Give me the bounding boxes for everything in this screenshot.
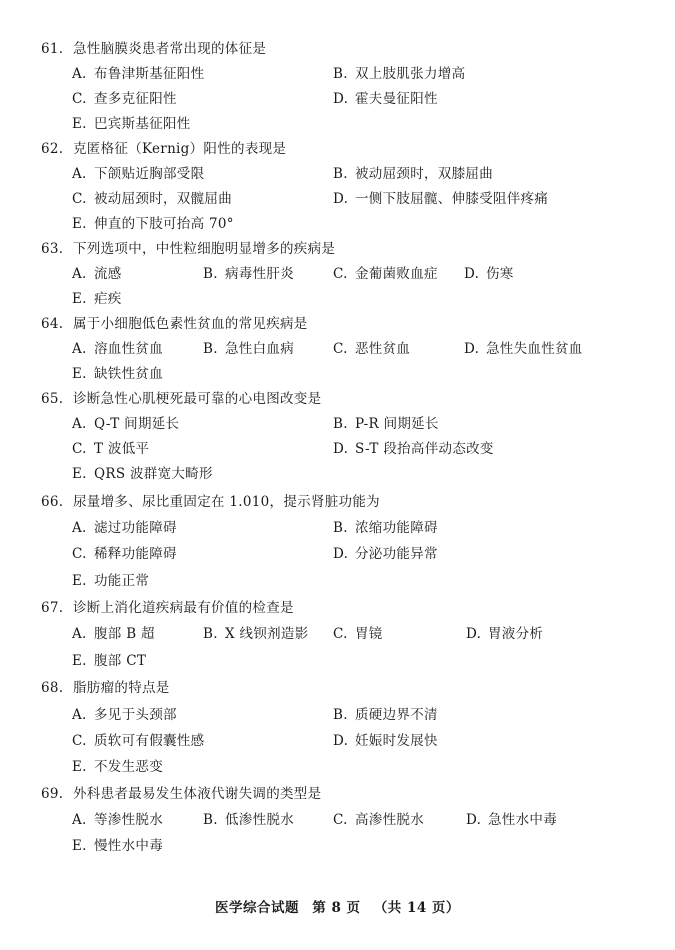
option-text: 滤过功能障碍 xyxy=(94,520,177,536)
option-letter: B. xyxy=(333,520,355,536)
option-letter: E. xyxy=(72,573,94,589)
option-letter: B. xyxy=(333,707,355,723)
option-letter: A. xyxy=(72,416,94,432)
option-text: 胃液分析 xyxy=(488,626,543,642)
option-text: 稀释功能障碍 xyxy=(94,546,177,562)
question-text: 急性脑膜炎患者常出现的体征是 xyxy=(73,41,266,57)
question-64-option-b: B.急性白血病 xyxy=(203,337,294,357)
option-text: 浓缩功能障碍 xyxy=(355,520,438,536)
question-number: 64. xyxy=(41,316,73,332)
option-text: P-R 间期延长 xyxy=(355,416,439,432)
option-text: 腹部 CT xyxy=(94,653,146,669)
question-67-option-a: A.腹部 B 超 xyxy=(72,622,155,642)
question-68-option-d: D.妊娠时发展快 xyxy=(333,729,438,749)
question-61-option-b: B.双上肢肌张力增高 xyxy=(333,62,465,82)
question-65-option-b: B.P-R 间期延长 xyxy=(333,412,439,432)
option-text: 查多克征阳性 xyxy=(94,91,177,107)
option-letter: C. xyxy=(72,733,94,749)
question-69-stem: 69.外科患者最易发生体液代谢失调的类型是 xyxy=(41,782,321,802)
option-text: 病毒性肝炎 xyxy=(225,266,294,282)
question-65-option-c: C.T 波低平 xyxy=(72,437,149,457)
option-text: 霍夫曼征阳性 xyxy=(355,91,438,107)
question-66-option-d: D.分泌功能异常 xyxy=(333,542,438,562)
option-text: 多见于头颈部 xyxy=(94,707,177,723)
question-66-option-b: B.浓缩功能障碍 xyxy=(333,516,438,536)
option-text: 伸直的下肢可抬高 70° xyxy=(94,216,234,232)
question-62-option-a: A.下颌贴近胸部受限 xyxy=(72,162,204,182)
question-64-option-e: E.缺铁性贫血 xyxy=(72,362,163,382)
question-67-stem: 67.诊断上消化道疾病最有价值的检查是 xyxy=(41,596,294,616)
option-letter: D. xyxy=(464,341,486,357)
question-number: 68. xyxy=(41,680,73,696)
question-63-option-d: D.伤寒 xyxy=(464,262,514,282)
option-text: 布鲁津斯基征阳性 xyxy=(94,66,204,82)
option-text: 胃镜 xyxy=(355,626,383,642)
option-letter: A. xyxy=(72,166,94,182)
question-63-stem: 63.下列选项中，中性粒细胞明显增多的疾病是 xyxy=(41,237,335,257)
exam-title: 医学综合试题 xyxy=(215,900,299,916)
option-text: 等渗性脱水 xyxy=(94,812,163,828)
option-letter: B. xyxy=(333,416,355,432)
option-letter: B. xyxy=(203,812,225,828)
option-letter: B. xyxy=(203,626,225,642)
option-letter: B. xyxy=(333,166,355,182)
option-text: 巴宾斯基征阳性 xyxy=(94,116,191,132)
question-65-stem: 65.诊断急性心肌梗死最可靠的心电图改变是 xyxy=(41,387,321,407)
option-letter: E. xyxy=(72,366,94,382)
option-letter: E. xyxy=(72,291,94,307)
option-letter: D. xyxy=(333,191,355,207)
option-letter: E. xyxy=(72,838,94,854)
question-text: 诊断急性心肌梗死最可靠的心电图改变是 xyxy=(73,391,321,407)
question-66-stem: 66.尿量增多、尿比重固定在 1.010，提示肾脏功能为 xyxy=(41,490,380,510)
question-69-option-b: B.低渗性脱水 xyxy=(203,808,294,828)
option-text: 妊娠时发展快 xyxy=(355,733,438,749)
question-69-option-c: C.高渗性脱水 xyxy=(333,808,424,828)
question-62-stem: 62.克匿格征（Kernig）阳性的表现是 xyxy=(41,137,286,157)
question-67-option-e: E.腹部 CT xyxy=(72,649,146,669)
option-text: 质软可有假囊性感 xyxy=(94,733,204,749)
option-letter: C. xyxy=(72,546,94,562)
option-letter: C. xyxy=(333,626,355,642)
option-text: 溶血性贫血 xyxy=(94,341,163,357)
option-letter: E. xyxy=(72,116,94,132)
question-63-option-a: A.流感 xyxy=(72,262,122,282)
option-letter: B. xyxy=(333,66,355,82)
question-number: 62. xyxy=(41,141,73,157)
option-letter: E. xyxy=(72,653,94,669)
question-62-option-d: D.一侧下肢屈髋、伸膝受阻伴疼痛 xyxy=(333,187,548,207)
option-letter: E. xyxy=(72,759,94,775)
question-number: 69. xyxy=(41,786,73,802)
exam-page: 61.急性脑膜炎患者常出现的体征是 A.布鲁津斯基征阳性 B.双上肢肌张力增高 … xyxy=(0,0,675,950)
option-letter: A. xyxy=(72,626,94,642)
option-text: 分泌功能异常 xyxy=(355,546,438,562)
question-65-option-d: D.S-T 段抬高伴动态改变 xyxy=(333,437,494,457)
option-letter: A. xyxy=(72,66,94,82)
question-64-stem: 64.属于小细胞低色素性贫血的常见疾病是 xyxy=(41,312,308,332)
option-letter: A. xyxy=(72,812,94,828)
option-text: QRS 波群宽大畸形 xyxy=(94,466,213,482)
question-68-option-a: A.多见于头颈部 xyxy=(72,703,177,723)
question-66-option-e: E.功能正常 xyxy=(72,569,149,589)
question-68-option-e: E.不发生恶变 xyxy=(72,755,163,775)
question-67-option-c: C.胃镜 xyxy=(333,622,383,642)
question-61-option-e: E.巴宾斯基征阳性 xyxy=(72,112,191,132)
option-letter: A. xyxy=(72,707,94,723)
option-letter: A. xyxy=(72,520,94,536)
option-letter: C. xyxy=(333,266,355,282)
option-letter: D. xyxy=(333,441,355,457)
question-61-option-a: A.布鲁津斯基征阳性 xyxy=(72,62,204,82)
option-text: 一侧下肢屈髋、伸膝受阻伴疼痛 xyxy=(355,191,548,207)
option-letter: A. xyxy=(72,341,94,357)
question-68-option-c: C.质软可有假囊性感 xyxy=(72,729,204,749)
option-text: 金葡菌败血症 xyxy=(355,266,438,282)
option-text: 伤寒 xyxy=(486,266,514,282)
question-number: 63. xyxy=(41,241,73,257)
question-66-option-c: C.稀释功能障碍 xyxy=(72,542,177,562)
question-69-option-d: D.急性水中毒 xyxy=(466,808,557,828)
option-letter: D. xyxy=(333,91,355,107)
option-text: 功能正常 xyxy=(94,573,149,589)
question-69-option-e: E.慢性水中毒 xyxy=(72,834,163,854)
question-65-option-e: E.QRS 波群宽大畸形 xyxy=(72,462,213,482)
option-letter: D. xyxy=(464,266,486,282)
question-63-option-b: B.病毒性肝炎 xyxy=(203,262,294,282)
question-61-option-d: D.霍夫曼征阳性 xyxy=(333,87,438,107)
question-text: 下列选项中，中性粒细胞明显增多的疾病是 xyxy=(73,241,335,257)
option-letter: E. xyxy=(72,216,94,232)
page-total: （共 14 页） xyxy=(374,900,460,916)
option-text: X 线钡剂造影 xyxy=(225,626,309,642)
question-number: 66. xyxy=(41,494,73,510)
question-67-option-b: B.X 线钡剂造影 xyxy=(203,622,309,642)
option-text: 慢性水中毒 xyxy=(94,838,163,854)
question-text: 脂肪瘤的特点是 xyxy=(73,680,170,696)
question-62-option-e: E.伸直的下肢可抬高 70° xyxy=(72,212,234,232)
question-63-option-e: E.疟疾 xyxy=(72,287,122,307)
question-text: 诊断上消化道疾病最有价值的检查是 xyxy=(73,600,294,616)
question-text: 外科患者最易发生体液代谢失调的类型是 xyxy=(73,786,321,802)
question-text: 尿量增多、尿比重固定在 1.010，提示肾脏功能为 xyxy=(73,494,380,510)
option-text: 被动屈颈时，双膝屈曲 xyxy=(355,166,493,182)
question-64-option-d: D.急性失血性贫血 xyxy=(464,337,583,357)
option-text: 急性失血性贫血 xyxy=(486,341,583,357)
option-text: 不发生恶变 xyxy=(94,759,163,775)
question-text: 属于小细胞低色素性贫血的常见疾病是 xyxy=(73,316,308,332)
option-letter: C. xyxy=(72,191,94,207)
question-64-option-c: C.恶性贫血 xyxy=(333,337,410,357)
option-letter: E. xyxy=(72,466,94,482)
option-text: 腹部 B 超 xyxy=(94,626,155,642)
question-text: 克匿格征（Kernig）阳性的表现是 xyxy=(73,141,286,157)
option-text: 急性水中毒 xyxy=(488,812,557,828)
question-67-option-d: D.胃液分析 xyxy=(466,622,543,642)
option-text: T 波低平 xyxy=(94,441,149,457)
option-letter: C. xyxy=(333,341,355,357)
question-69-option-a: A.等渗性脱水 xyxy=(72,808,163,828)
option-letter: D. xyxy=(333,546,355,562)
option-letter: D. xyxy=(333,733,355,749)
option-text: 质硬边界不清 xyxy=(355,707,438,723)
option-text: 流感 xyxy=(94,266,122,282)
question-number: 65. xyxy=(41,391,73,407)
page-footer: 医学综合试题 第 8 页 （共 14 页） xyxy=(0,896,675,916)
page-number: 第 8 页 xyxy=(312,900,360,916)
option-letter: D. xyxy=(466,626,488,642)
option-letter: A. xyxy=(72,266,94,282)
option-letter: C. xyxy=(72,91,94,107)
option-text: 疟疾 xyxy=(94,291,122,307)
question-number: 67. xyxy=(41,600,73,616)
question-63-option-c: C.金葡菌败血症 xyxy=(333,262,438,282)
question-66-option-a: A.滤过功能障碍 xyxy=(72,516,177,536)
option-text: 低渗性脱水 xyxy=(225,812,294,828)
option-text: Q-T 间期延长 xyxy=(94,416,179,432)
question-61-option-c: C.查多克征阳性 xyxy=(72,87,177,107)
option-letter: D. xyxy=(466,812,488,828)
question-number: 61. xyxy=(41,41,73,57)
option-text: 双上肢肌张力增高 xyxy=(355,66,465,82)
option-letter: B. xyxy=(203,341,225,357)
option-text: 下颌贴近胸部受限 xyxy=(94,166,204,182)
option-text: 缺铁性贫血 xyxy=(94,366,163,382)
option-letter: B. xyxy=(203,266,225,282)
option-letter: C. xyxy=(333,812,355,828)
question-62-option-b: B.被动屈颈时，双膝屈曲 xyxy=(333,162,493,182)
question-68-option-b: B.质硬边界不清 xyxy=(333,703,438,723)
question-65-option-a: A.Q-T 间期延长 xyxy=(72,412,179,432)
option-text: S-T 段抬高伴动态改变 xyxy=(355,441,494,457)
question-64-option-a: A.溶血性贫血 xyxy=(72,337,163,357)
option-text: 恶性贫血 xyxy=(355,341,410,357)
question-61-stem: 61.急性脑膜炎患者常出现的体征是 xyxy=(41,37,266,57)
option-text: 急性白血病 xyxy=(225,341,294,357)
question-68-stem: 68.脂肪瘤的特点是 xyxy=(41,676,170,696)
question-62-option-c: C.被动屈颈时，双髋屈曲 xyxy=(72,187,232,207)
option-letter: C. xyxy=(72,441,94,457)
option-text: 被动屈颈时，双髋屈曲 xyxy=(94,191,232,207)
option-text: 高渗性脱水 xyxy=(355,812,424,828)
